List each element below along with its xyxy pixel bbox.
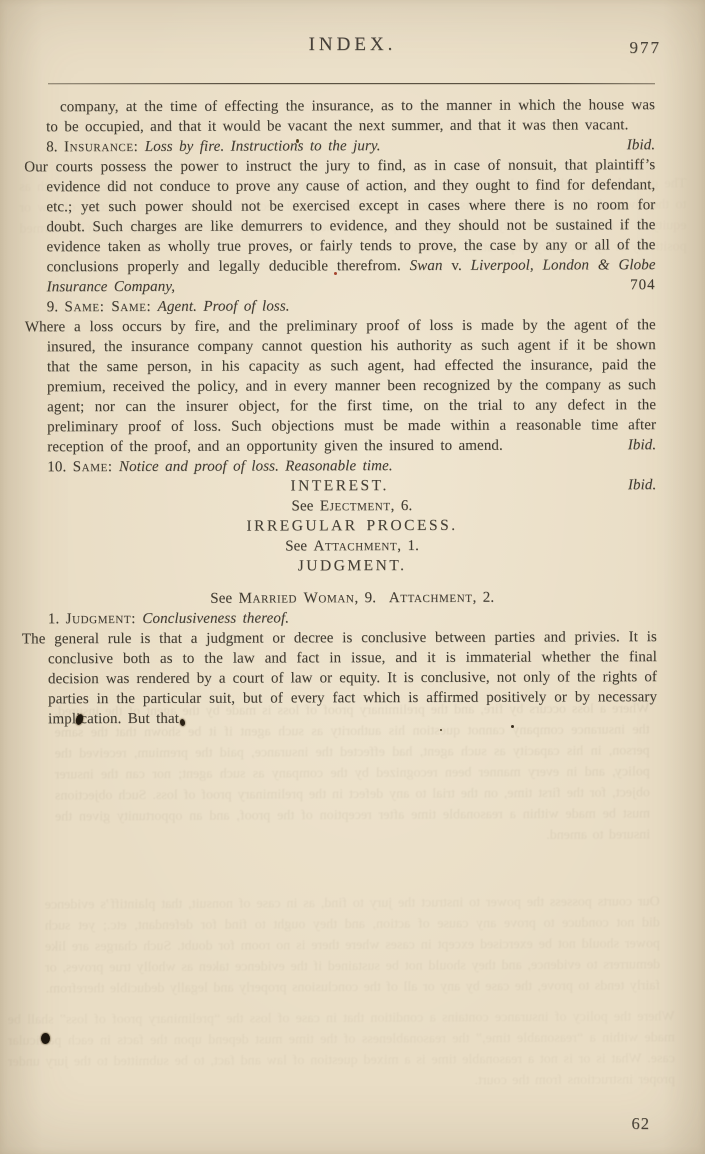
entry-number: 1. [48,611,60,627]
entry-term: Judgment: [66,611,136,627]
cross-reference-term: Ejectment [320,498,391,514]
index-entry-heading: 8. Insurance: Loss by fire. Instructions… [46,135,655,157]
ink-speck [440,729,442,731]
entry-number: 9. [47,299,59,315]
scanned-book-page: Where a loss occurs by fire, and the pre… [0,0,705,1154]
entry-text: The general rule is that a judgment or d… [22,629,657,727]
see-prefix: See [292,498,314,514]
cross-reference-number: , 2. [473,590,495,606]
ink-speck [334,272,337,275]
ibid-citation: Ibid. [650,475,656,495]
entry-text: Where a loss occurs by fire, and the pre… [25,317,656,455]
case-name-plaintiff: Swan [410,258,443,274]
cross-reference-number: , 6. [391,498,413,514]
ink-blot [41,1033,50,1044]
index-entry-heading: 1. Judgment: Conclusiveness thereof. [48,607,657,629]
cross-reference: See Attachment, 1. [48,535,657,557]
ibid-citation: Ibid. [613,135,655,155]
cross-reference-term: Married Woman [239,590,355,606]
see-prefix: See [285,538,307,554]
header-rule [48,83,655,84]
page-number: 977 [630,38,662,58]
see-prefix: See [210,591,232,607]
signature-mark: 62 [632,1114,651,1134]
entry-number: 8. [46,139,58,155]
index-text-column: company, at the time of effecting the in… [46,95,657,729]
ink-speck [296,139,299,143]
index-entry-heading: 9. Same: Same: Agent. Proof of loss. [47,295,656,317]
index-entry-continuation: company, at the time of effecting the in… [46,95,655,137]
versus-abbrev: v. [451,258,462,274]
entry-term: Same: [73,459,113,475]
index-entry-heading: 10. Same: Notice and proof of loss. Reas… [47,455,656,477]
index-entry-body: The general rule is that a judgment or d… [48,627,657,729]
ghost-show-through-text: Our courts possess the power to instruct… [45,891,661,1019]
ibid-citation: Ibid. [650,435,656,455]
cross-reference-term: Attachment [313,538,397,554]
ink-speck [511,725,514,728]
running-head-title: INDEX. [0,34,705,56]
entry-text: company, at the time of effecting the in… [46,97,655,135]
cross-reference-number: , 1. [397,538,419,554]
page-reference: 704 [652,275,656,295]
index-entry-body: Our courts possess the power to instruct… [46,155,655,297]
entry-subject: Conclusiveness thereof. [142,610,289,627]
entry-term: Same: Same: [65,299,152,315]
index-entry-body: Where a loss occurs by fire, and the pre… [47,315,656,457]
cross-reference: See Ejectment, 6. [47,495,656,517]
entry-term: Insurance: [64,139,139,155]
cross-reference-number: , 9. [354,590,376,606]
cross-reference: See Married Woman, 9. Attachment, 2. [48,587,657,609]
section-heading-judgment: JUDGMENT. [48,555,657,577]
ghost-show-through-text: Where a loss occurs by fire, and the pre… [54,698,650,916]
section-heading-interest: INTEREST. [47,475,656,497]
section-heading-irregular-process: IRREGULAR PROCESS. [47,515,656,537]
entry-subject: Loss by fire. Instructions to the jury. [145,138,381,155]
cross-reference-term: Attachment [389,590,473,606]
entry-subject: Agent. Proof of loss. [158,298,290,314]
entry-subject: Notice and proof of loss. Reasonable tim… [119,458,393,475]
ghost-show-through-text: Where the policy of insurance contains a… [8,1006,676,1149]
entry-number: 10. [47,459,66,475]
